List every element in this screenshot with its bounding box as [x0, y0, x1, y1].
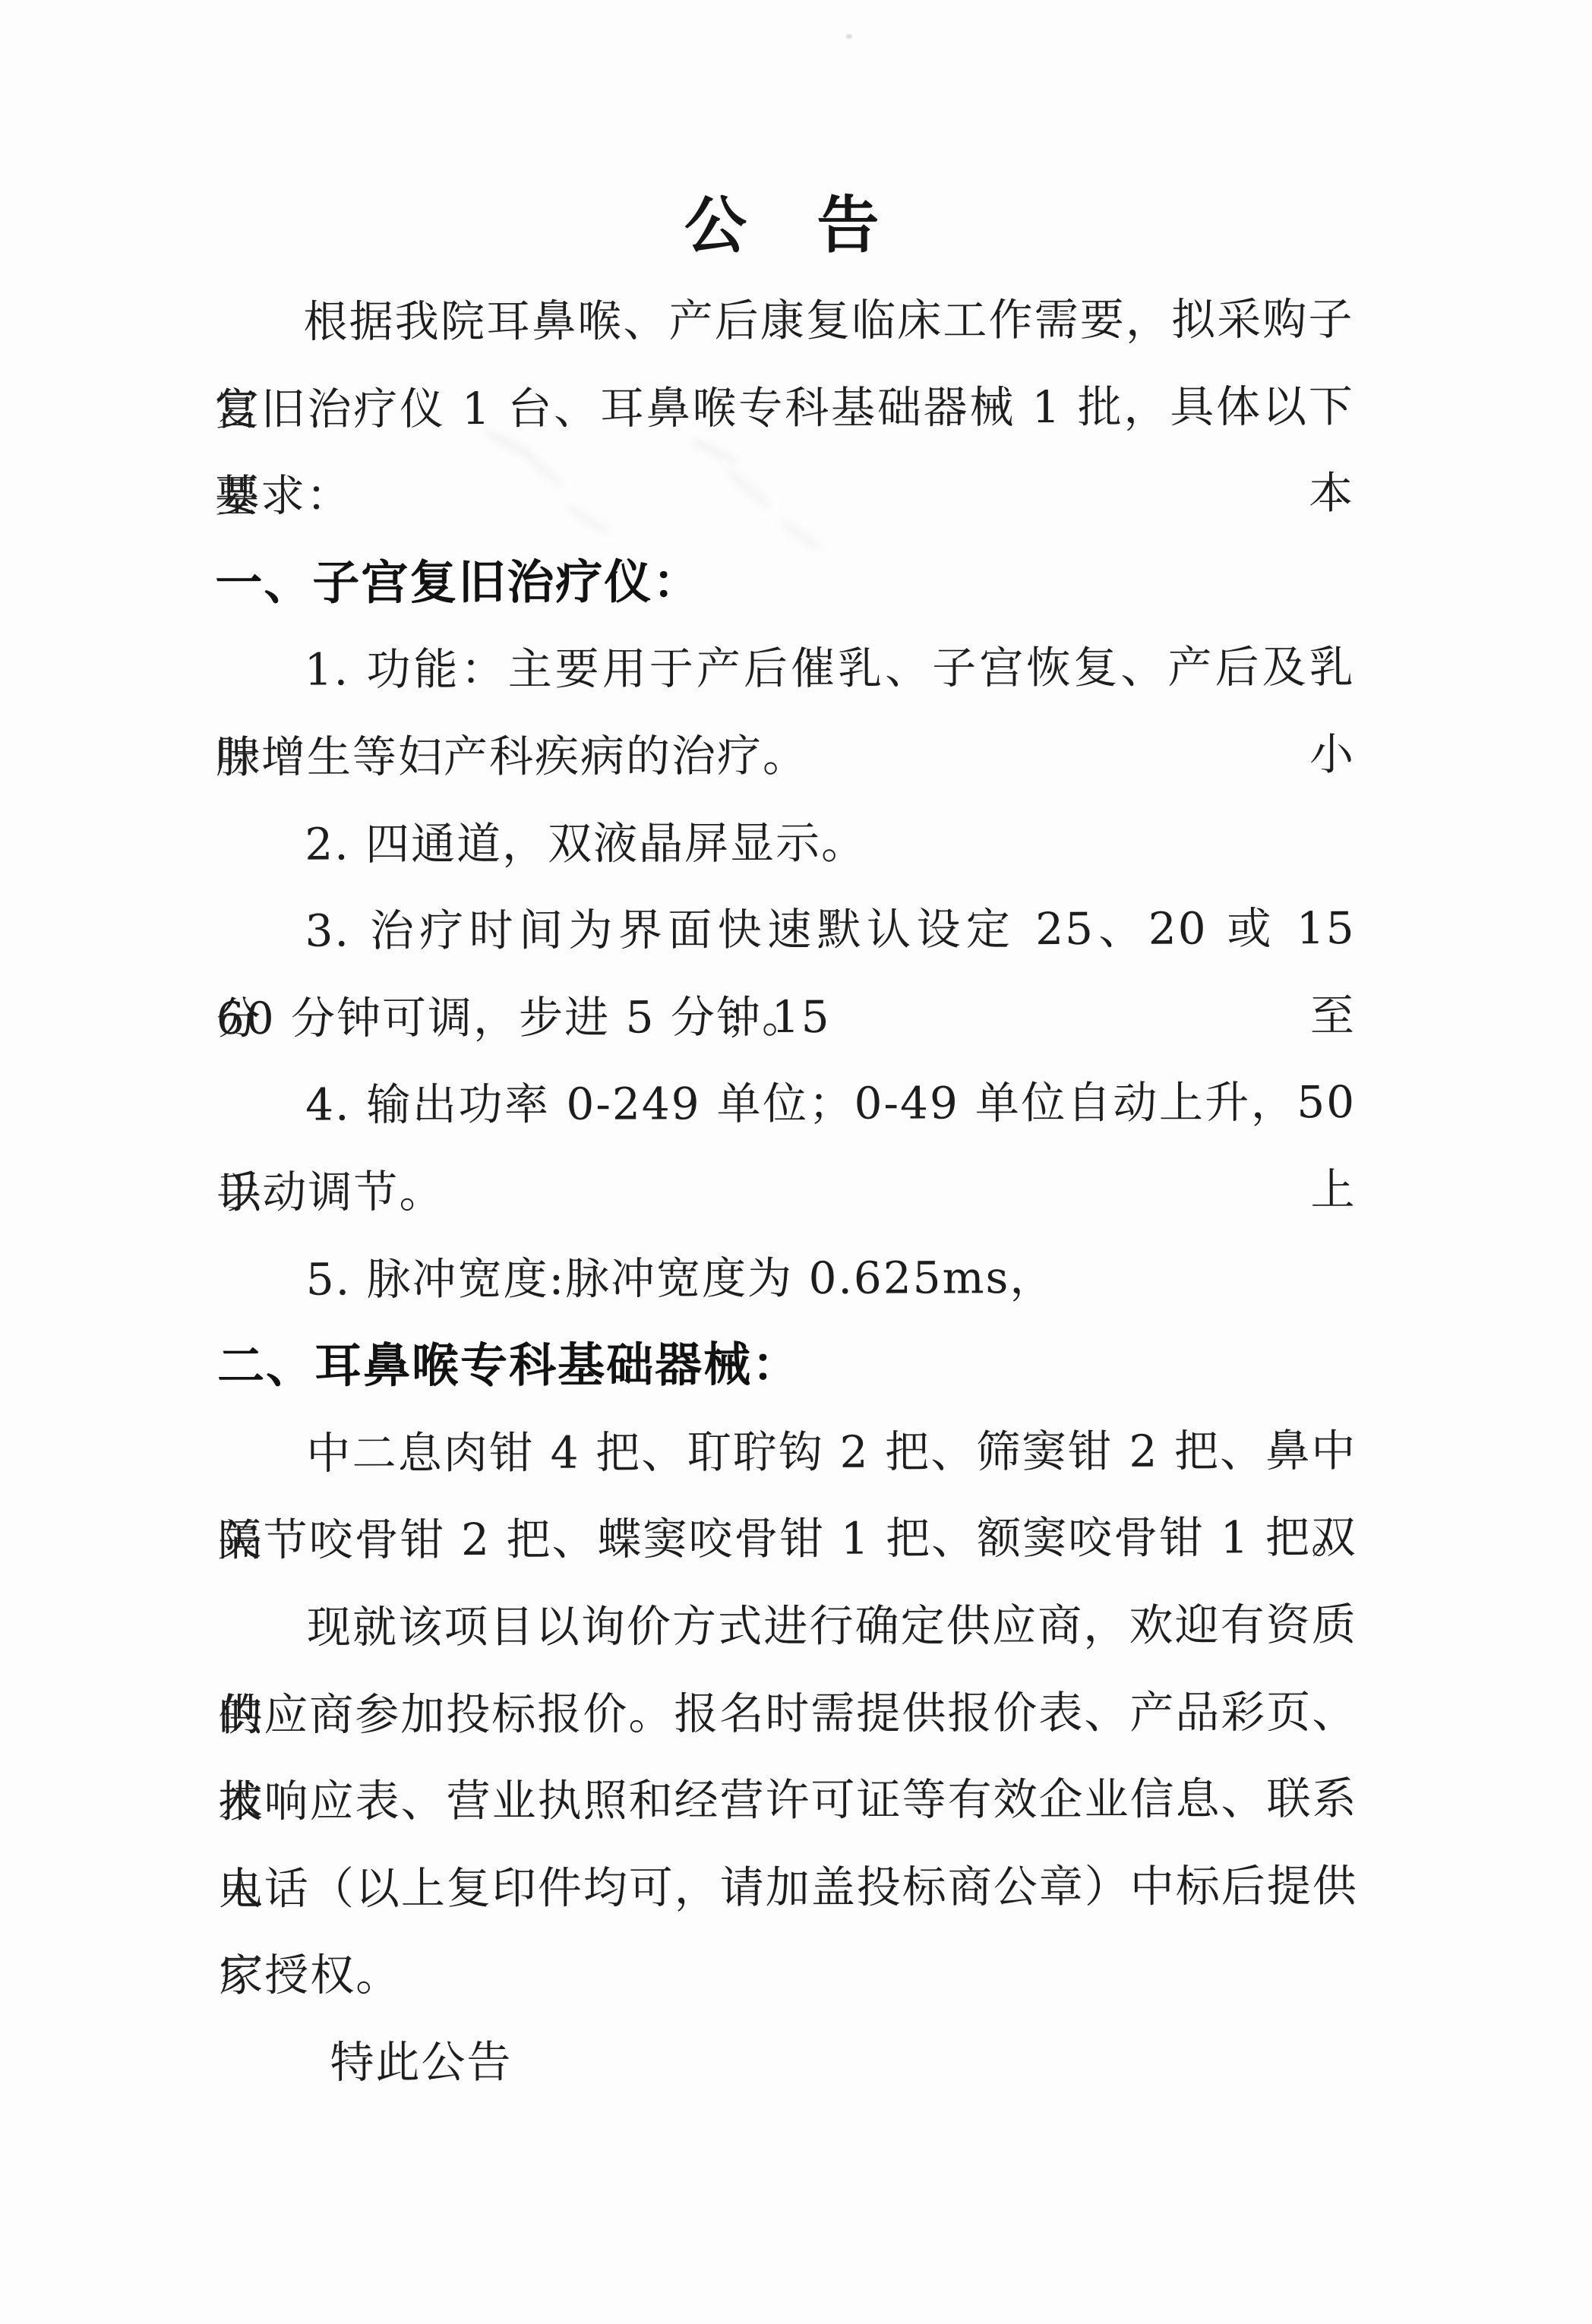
paragraph-line: 家授权。	[219, 1929, 1358, 2019]
closing-line: 特此公告	[219, 2016, 1358, 2107]
list-item-line: 5. 脉冲宽度:脉冲宽度为 0.625ms，	[217, 1233, 1357, 1324]
section-heading-2: 二、耳鼻喉专科基础器械：	[217, 1320, 1357, 1410]
list-item-line: 2. 四通道，双液晶屏显示。	[216, 798, 1355, 889]
scan-speck	[846, 34, 852, 39]
paragraph-line: 中二息肉钳 4 把、耵聍钩 2 把、筛窦钳 2 把、鼻中隔双	[217, 1407, 1357, 1498]
paragraph-line: 现就该项目以询价方式进行确定供应商，欢迎有资质的	[218, 1581, 1357, 1672]
list-item-line: 1. 功能：主要用于产后催乳、子宫恢复、产后及乳腺小	[216, 624, 1355, 714]
paragraph-line: 供应商参加投标报价。报名时需提供报价表、产品彩页、技	[218, 1669, 1357, 1759]
list-item-line: 3. 治疗时间为界面快速默认设定 25、20 或 15 分；15 至	[216, 885, 1355, 975]
scanned-announcement-page: 公 告 根据我院耳鼻喉、产后康复临床工作需要，拟采购子宫 复旧治疗仪 1 台、耳…	[0, 0, 1592, 2324]
document-body: 公 告 根据我院耳鼻喉、产后康复临床工作需要，拟采购子宫 复旧治疗仪 1 台、耳…	[214, 181, 1359, 2106]
paragraph-line: 复旧治疗仪 1 台、耳鼻喉专科基础器械 1 批，具体以下基本	[215, 363, 1354, 453]
section-heading-1: 一、子宫复旧治疗仪：	[215, 537, 1354, 627]
list-item-line: 4. 输出功率 0-249 单位；0-49 单位自动上升，50 以上	[216, 1059, 1356, 1149]
paragraph-line: 关节咬骨钳 2 把、蝶窦咬骨钳 1 把、额窦咬骨钳 1 把。	[218, 1494, 1357, 1584]
page-title: 公 告	[214, 181, 1354, 279]
paragraph-line: 电话（以上复印件均可，请加盖投标商公章）中标后提供厂	[219, 1842, 1358, 1933]
paragraph-line: 术响应表、营业执照和经营许可证等有效企业信息、联系人	[218, 1755, 1357, 1846]
paragraph-line: 根据我院耳鼻喉、产后康复临床工作需要，拟采购子宫	[214, 276, 1354, 366]
